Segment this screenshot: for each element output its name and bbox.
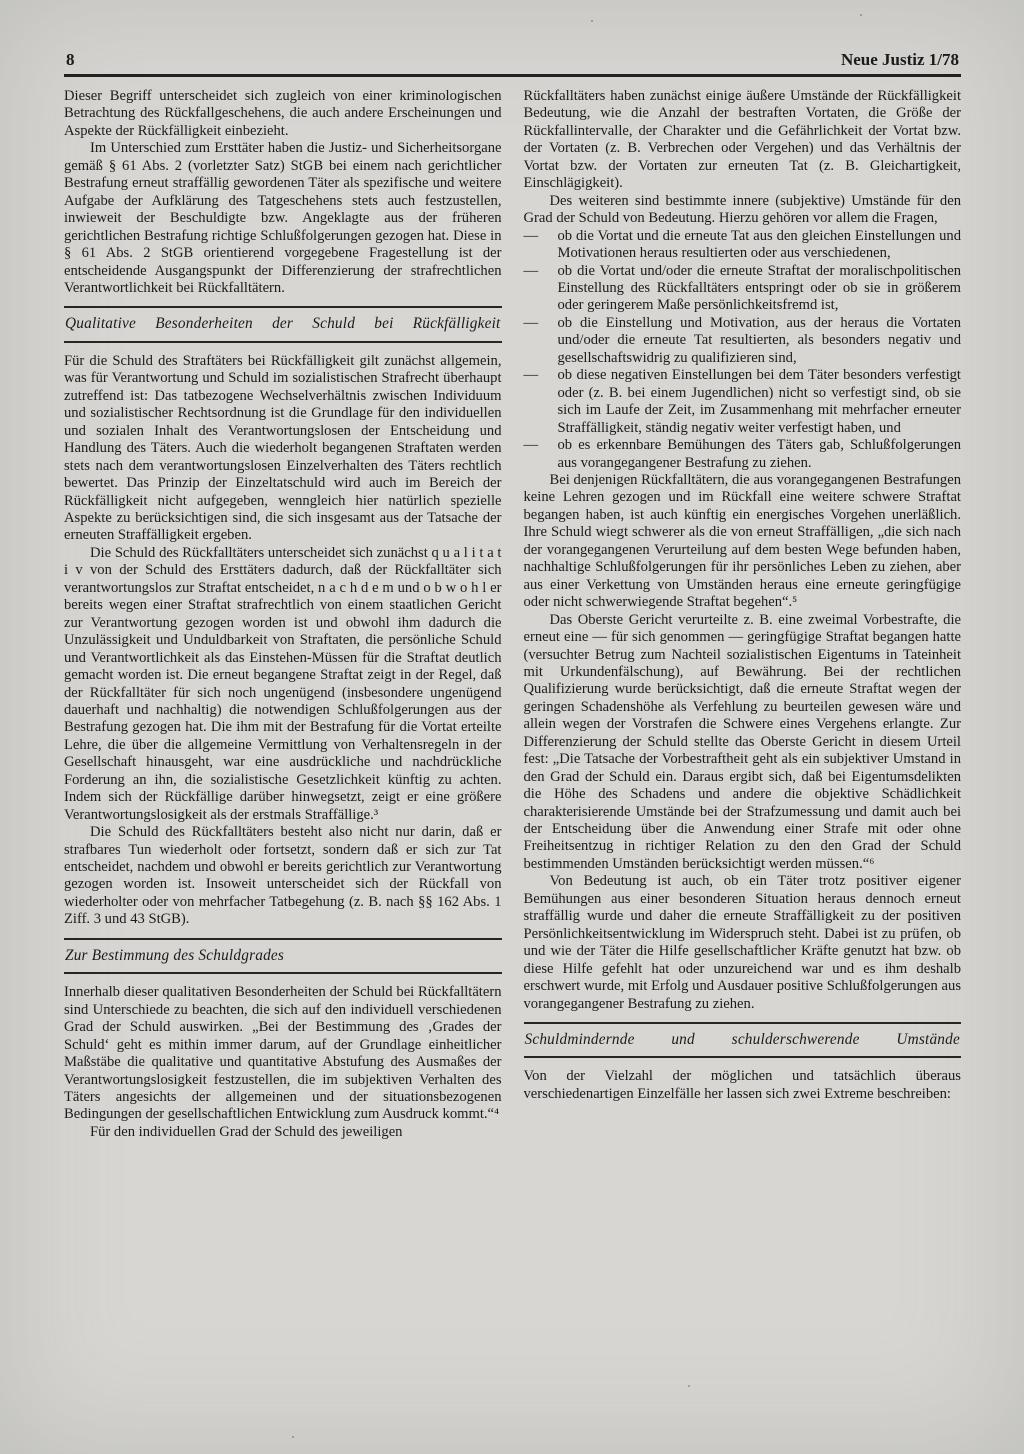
scan-speck <box>292 1436 294 1438</box>
page-number: 8 <box>66 50 75 70</box>
scan-speck <box>860 14 862 16</box>
paragraph: Für den individuellen Grad der Schuld de… <box>64 1124 502 1141</box>
list-item-text: ob diese negativen Einstellungen bei dem… <box>558 367 962 437</box>
right-column: Rückfalltäters haben zunächst einige äuß… <box>524 88 962 1141</box>
paragraph: Von Bedeutung ist auch, ob ein Täter tro… <box>524 873 962 1013</box>
paragraph: Bei denjenigen Rückfalltätern, die aus v… <box>524 472 962 612</box>
dash-marker: — <box>524 437 558 472</box>
paragraph: Im Unterschied zum Ersttäter haben die J… <box>64 140 502 297</box>
list-item-text: ob es erkennbare Bemühungen des Täters g… <box>558 437 962 472</box>
paragraph: Von der Vielzahl der möglichen und tatsä… <box>524 1068 962 1103</box>
dash-marker: — <box>524 263 558 315</box>
list-item: — ob die Vortat und die erneute Tat aus … <box>524 228 962 263</box>
section-heading-schuldmindernde-umstaende: Schuldmindernde und schulderschwerende U… <box>524 1022 962 1058</box>
page-content: 8 Neue Justiz 1/78 Dieser Begriff unters… <box>64 50 961 1141</box>
dash-marker: — <box>524 367 558 437</box>
list-item: — ob diese negativen Einstellungen bei d… <box>524 367 962 437</box>
dash-marker: — <box>524 228 558 263</box>
paragraph: Das Oberste Gericht verurteilte z. B. ei… <box>524 612 962 874</box>
left-column: Dieser Begriff unterscheidet sich zuglei… <box>64 88 502 1141</box>
dash-marker: — <box>524 315 558 367</box>
two-column-body: Dieser Begriff unterscheidet sich zuglei… <box>64 88 961 1141</box>
list-item: — ob die Vortat und/oder die erneute Str… <box>524 263 962 315</box>
paragraph: Dieser Begriff unterscheidet sich zuglei… <box>64 88 502 140</box>
page-header: 8 Neue Justiz 1/78 <box>64 50 961 77</box>
scanned-journal-page: 8 Neue Justiz 1/78 Dieser Begriff unters… <box>0 0 1024 1454</box>
section-heading-qualitative-besonderheiten: Qualitative Besonderheiten der Schuld be… <box>64 306 502 342</box>
paragraph: Für die Schuld des Straftäters bei Rückf… <box>64 353 502 545</box>
journal-title: Neue Justiz 1/78 <box>841 50 959 70</box>
list-item: — ob die Einstellung und Motivation, aus… <box>524 315 962 367</box>
list-item: — ob es erkennbare Bemühungen des Täters… <box>524 437 962 472</box>
list-item-text: ob die Vortat und die erneute Tat aus de… <box>558 228 962 263</box>
scan-speck <box>591 20 593 22</box>
list-item-text: ob die Einstellung und Motivation, aus d… <box>558 315 962 367</box>
scan-speck <box>688 1385 690 1387</box>
section-heading-schuldgrad: Zur Bestimmung des Schuldgrades <box>64 938 502 974</box>
paragraph: Rückfalltäters haben zunächst einige äuß… <box>524 88 962 193</box>
list-item-text: ob die Vortat und/oder die erneute Straf… <box>558 263 962 315</box>
paragraph: Innerhalb dieser qualitativen Besonderhe… <box>64 984 502 1124</box>
paragraph: Die Schuld des Rückfalltäters besteht al… <box>64 824 502 929</box>
paragraph: Die Schuld des Rückfalltäters unterschei… <box>64 545 502 824</box>
paragraph: Des weiteren sind bestimmte innere (subj… <box>524 193 962 228</box>
